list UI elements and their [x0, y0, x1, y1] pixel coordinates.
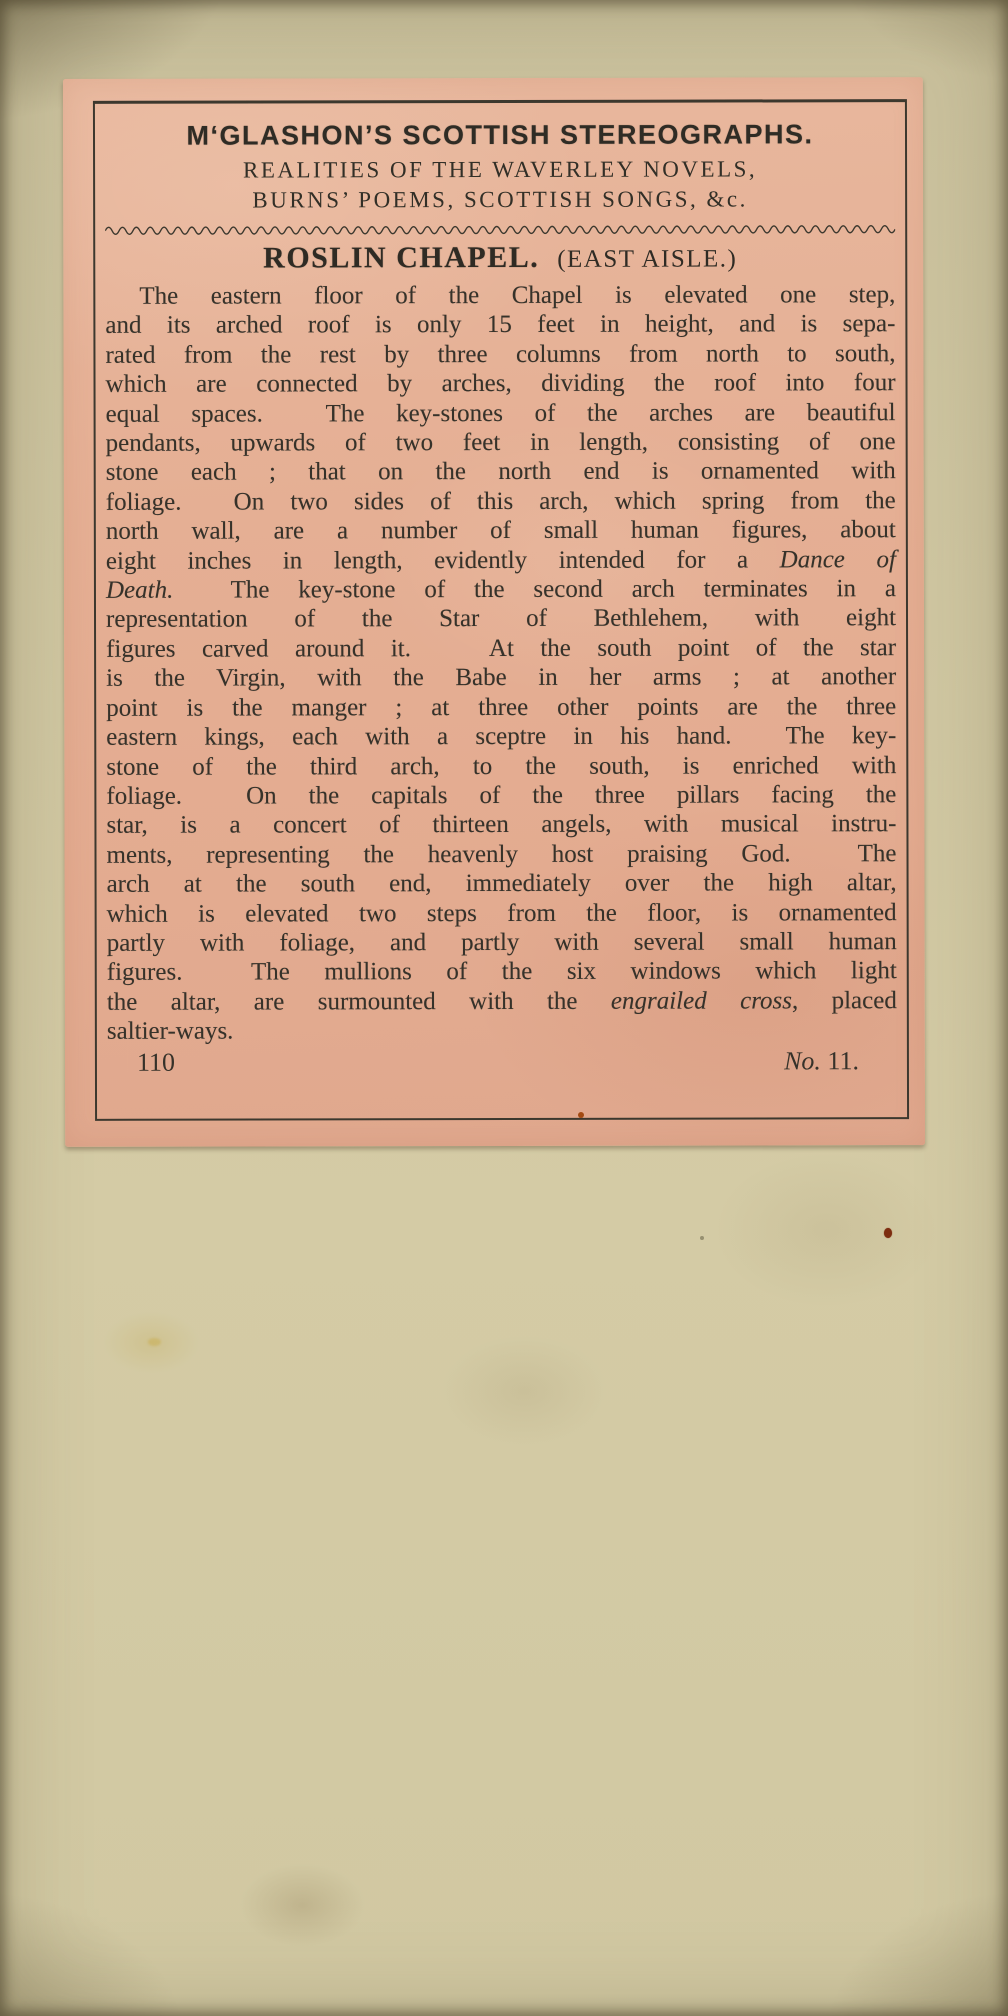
body-line: partly with foliage, and partly with sev… — [107, 927, 897, 958]
body-line: equal spaces. The key-stones of the arch… — [106, 398, 896, 429]
body-line: figures. The mullions of the six windows… — [107, 957, 897, 988]
body-line: is the Virgin, with the Babe in her arms… — [106, 662, 896, 693]
rust-speck — [578, 1112, 584, 1118]
body-line: stone of the third arch, to the south, i… — [106, 751, 896, 782]
body-line: foliage. On the capitals of the three pi… — [106, 780, 896, 811]
section-title-sub: (EAST AISLE.) — [557, 245, 737, 272]
body-line: eight inches in length, evidently intend… — [106, 545, 896, 576]
body-line: rated from the rest by three columns fro… — [105, 339, 895, 370]
body-line: ments, representing the heavenly host pr… — [106, 839, 896, 870]
section-title: ROSLIN CHAPEL.(EAST AISLE.) — [105, 240, 895, 276]
label-footer: 110 No. 11. — [107, 1046, 897, 1078]
footer-no-value: 11. — [827, 1046, 859, 1075]
body-text: The eastern floor of the Chapel is eleva… — [105, 280, 897, 1046]
section-title-main: ROSLIN CHAPEL. — [263, 241, 539, 275]
body-line: representation of the Star of Bethlehem,… — [106, 604, 896, 635]
body-line: point is the manger ; at three other poi… — [106, 692, 896, 723]
body-line: pendants, upwards of two feet in length,… — [106, 427, 896, 458]
footer-number-left: 110 — [137, 1047, 175, 1077]
body-line: stone each ; that on the north end is or… — [106, 457, 896, 488]
body-line: saltier-ways. — [107, 1015, 897, 1046]
publisher-label: M‘GLASHON’S SCOTTISH STEREOGRAPHS. REALI… — [63, 77, 925, 1147]
footer-number-right: No. 11. — [784, 1046, 859, 1076]
body-line: north wall, are a number of small human … — [106, 515, 896, 546]
body-line: arch at the south end, immediately over … — [107, 868, 897, 899]
red-speck — [884, 1228, 892, 1238]
body-line: and its arched roof is only 15 feet in h… — [105, 310, 895, 341]
label-border: M‘GLASHON’S SCOTTISH STEREOGRAPHS. REALI… — [93, 99, 909, 1121]
wavy-divider — [105, 222, 895, 238]
body-line: figures carved around it. At the south p… — [106, 633, 896, 664]
masthead-subtitle-1: REALITIES OF THE WAVERLEY NOVELS, — [105, 155, 895, 185]
yellow-stain — [148, 1338, 161, 1346]
body-line: foliage. On two sides of this arch, whic… — [106, 486, 896, 517]
masthead-subtitle-2: BURNS’ POEMS, SCOTTISH SONGS, &c. — [105, 185, 895, 215]
masthead-title: M‘GLASHON’S SCOTTISH STEREOGRAPHS. — [105, 118, 895, 152]
body-line: the altar, are surmounted with the engra… — [107, 986, 897, 1017]
gray-speck — [700, 1236, 704, 1240]
footer-no-prefix: No. — [784, 1046, 821, 1075]
body-line: which are connected by arches, dividing … — [105, 368, 895, 399]
body-line: Death. The key-stone of the second arch … — [106, 574, 896, 605]
body-line: star, is a concert of thirteen angels, w… — [106, 809, 896, 840]
body-line: The eastern floor of the Chapel is eleva… — [105, 280, 895, 311]
body-line: eastern kings, each with a sceptre in hi… — [106, 721, 896, 752]
body-line: which is elevated two steps from the flo… — [107, 898, 897, 929]
stereograph-card-back: M‘GLASHON’S SCOTTISH STEREOGRAPHS. REALI… — [0, 0, 1008, 2016]
